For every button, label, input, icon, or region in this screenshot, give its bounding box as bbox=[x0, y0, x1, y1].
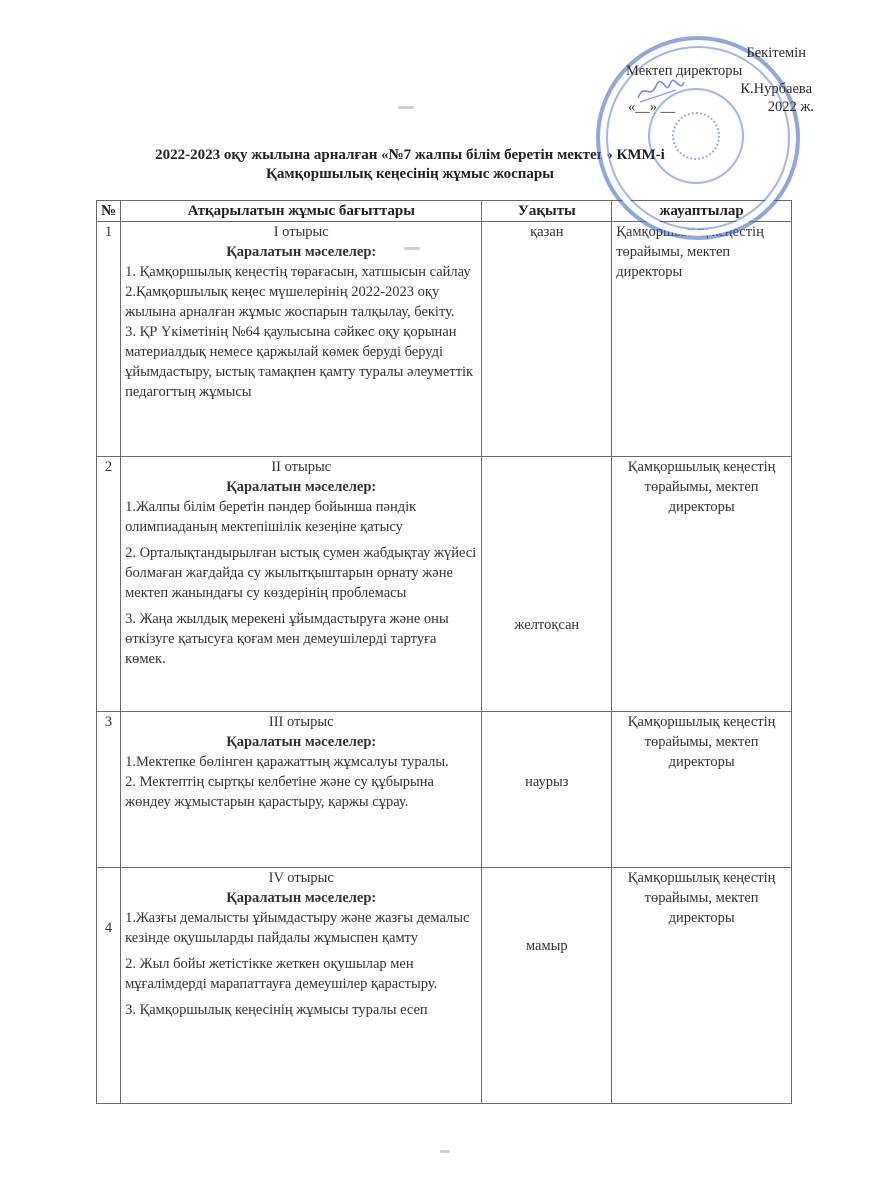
row-number: 3 bbox=[97, 712, 121, 868]
header-time: Уақыты bbox=[482, 201, 612, 222]
row-directions: ІІІ отырыс Қаралатын мәселелер: 1.Мектеп… bbox=[121, 712, 482, 868]
table-row: 2 ІІ отырыс Қаралатын мәселелер: 1.Жалпы… bbox=[97, 457, 792, 712]
row-responsible: Қамқоршылық кеңестің төрайымы, мектеп ди… bbox=[612, 457, 792, 712]
work-plan-table: № Атқарылатын жұмыс бағыттары Уақыты жау… bbox=[96, 200, 792, 1104]
agenda-item: 3. Жаңа жылдық мерекені ұйымдастыруға жә… bbox=[125, 609, 477, 669]
issues-label: Қаралатын мәселелер: bbox=[125, 732, 477, 752]
agenda-item: 1. Қамқоршылық кеңестің төрағасын, хатшы… bbox=[125, 262, 477, 282]
row-number: 4 bbox=[97, 868, 121, 1104]
agenda-item: 2. Орталықтандырылған ыстық сумен жабдық… bbox=[125, 543, 477, 603]
agenda-item: 2. Жыл бойы жетістікке жеткен оқушылар м… bbox=[125, 954, 477, 994]
approve-label: Бекітемін bbox=[618, 44, 818, 62]
header-directions: Атқарылатын жұмыс бағыттары bbox=[121, 201, 482, 222]
header-number: № bbox=[97, 201, 121, 222]
agenda-item: 3. Қамқоршылық кеңесінің жұмысы туралы е… bbox=[125, 1000, 477, 1020]
row-time: қазан bbox=[482, 222, 612, 457]
row-time: наурыз bbox=[482, 712, 612, 868]
table-row: 1 І отырыс Қаралатын мәселелер: 1. Қамқо… bbox=[97, 222, 792, 457]
issues-label: Қаралатын мәселелер: bbox=[125, 242, 477, 262]
row-number: 1 bbox=[97, 222, 121, 457]
agenda-item: 1.Жазғы демалысты ұйымдастыру және жазғы… bbox=[125, 908, 477, 948]
agenda-item: 1.Жалпы білім беретін пәндер бойынша пән… bbox=[125, 497, 477, 537]
row-responsible: Қамқоршылық кеңестің төрайымы, мектеп ди… bbox=[612, 222, 792, 457]
session-title: І отырыс bbox=[125, 222, 477, 242]
row-number: 2 bbox=[97, 457, 121, 712]
agenda-item: 3. ҚР Үкіметінің №64 қаулысына сәйкес оқ… bbox=[125, 322, 477, 402]
row-directions: І отырыс Қаралатын мәселелер: 1. Қамқорш… bbox=[121, 222, 482, 457]
row-directions: ІІ отырыс Қаралатын мәселелер: 1.Жалпы б… bbox=[121, 457, 482, 712]
table-row: 4 IV отырыс Қаралатын мәселелер: 1.Жазғы… bbox=[97, 868, 792, 1104]
state-emblem-icon bbox=[672, 112, 720, 160]
issues-label: Қаралатын мәселелер: bbox=[125, 477, 477, 497]
signature-icon bbox=[636, 78, 686, 104]
approval-year: 2022 ж. bbox=[768, 98, 814, 116]
table-row: 3 ІІІ отырыс Қаралатын мәселелер: 1.Мект… bbox=[97, 712, 792, 868]
scan-speck bbox=[440, 1150, 450, 1153]
agenda-item: 2.Қамқоршылық кеңес мүшелерінің 2022-202… bbox=[125, 282, 477, 322]
row-time: мамыр bbox=[482, 868, 612, 1104]
row-directions: IV отырыс Қаралатын мәселелер: 1.Жазғы д… bbox=[121, 868, 482, 1104]
agenda-item: 2. Мектептің сыртқы келбетіне және су құ… bbox=[125, 772, 477, 812]
issues-label: Қаралатын мәселелер: bbox=[125, 888, 477, 908]
row-time: желтоқсан bbox=[482, 457, 612, 712]
session-title: ІІІ отырыс bbox=[125, 712, 477, 732]
row-responsible: Қамқоршылық кеңестің төрайымы, мектеп ди… bbox=[612, 712, 792, 868]
row-responsible: Қамқоршылық кеңестің төрайымы, мектеп ди… bbox=[612, 868, 792, 1104]
agenda-item: 1.Мектепке бөлінген қаражаттың жұмсалуы … bbox=[125, 752, 477, 772]
session-title: IV отырыс bbox=[125, 868, 477, 888]
scan-speck bbox=[398, 106, 414, 109]
session-title: ІІ отырыс bbox=[125, 457, 477, 477]
